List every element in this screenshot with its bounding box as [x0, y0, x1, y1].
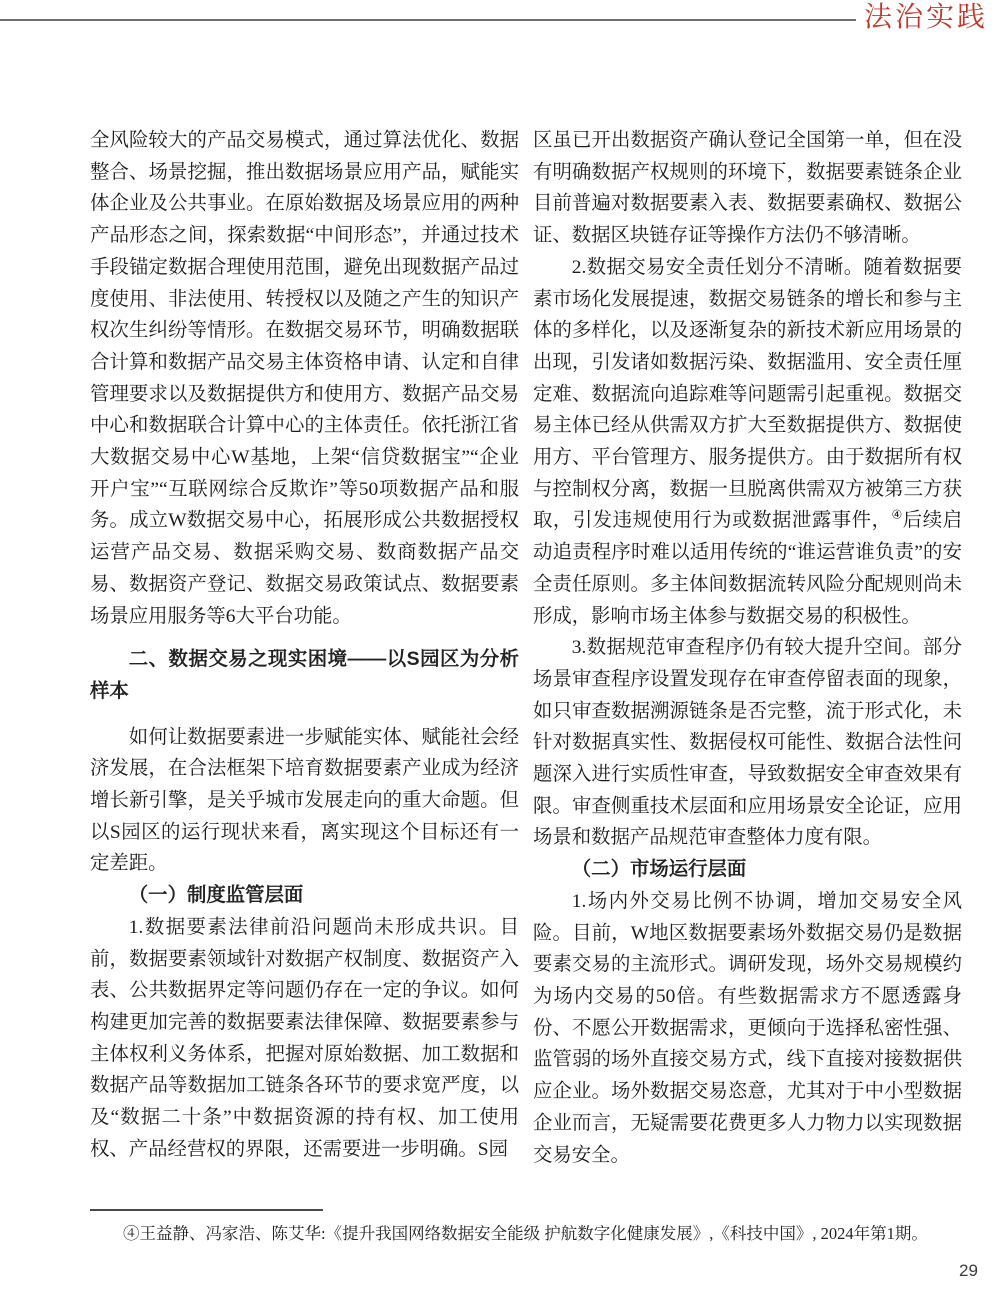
right-column: 区虽已开出数据资产确认登记全国第一单，但在没有明确数据产权规则的环境下，数据要素…	[533, 125, 962, 1171]
footnote-marker: ④	[123, 1224, 140, 1243]
subsection-heading: （一）制度监管层面	[90, 880, 519, 912]
footnote-text: 王益静、冯家浩、陈艾华:《提升我国网络数据安全能级 护航数字化健康发展》,《科技…	[140, 1224, 928, 1243]
section-header: 法治实践	[864, 0, 988, 34]
footnote: ④王益静、冯家浩、陈艾华:《提升我国网络数据安全能级 护航数字化健康发展》,《科…	[90, 1221, 965, 1247]
document-page: 法治实践 全风险较大的产品交易模式，通过算法优化、数据整合、场景挖掘，推出数据场…	[0, 0, 1000, 1298]
paragraph-text: 2.数据交易安全责任划分不清晰。随着数据要素市场化发展提速，数据交易链条的增长和…	[533, 257, 962, 532]
paragraph-continuation: 全风险较大的产品交易模式，通过算法优化、数据整合、场景挖掘，推出数据场景应用产品…	[90, 125, 519, 632]
page-number: 29	[959, 1261, 978, 1281]
subsection-heading: （二）市场运行层面	[533, 854, 962, 886]
paragraph-continuation: 区虽已开出数据资产确认登记全国第一单，但在没有明确数据产权规则的环境下，数据要素…	[533, 125, 962, 252]
paragraph: 如何让数据要素进一步赋能实体、赋能社会经济发展，在合法框架下培育数据要素产业成为…	[90, 722, 519, 881]
left-column: 全风险较大的产品交易模式，通过算法优化、数据整合、场景挖掘，推出数据场景应用产品…	[90, 125, 519, 1166]
paragraph: 1.数据要素法律前沿问题尚未形成共识。目前，数据要素领域针对数据产权制度、数据资…	[90, 912, 519, 1166]
footnote-divider	[90, 1209, 323, 1211]
paragraph: 3.数据规范审查程序仍有较大提升空间。部分场景审查程序设置发现存在审查停留表面的…	[533, 632, 962, 854]
footnote-reference-marker: ④	[892, 508, 903, 522]
header-divider	[0, 19, 856, 21]
paragraph: 1.场内外交易比例不协调，增加交易安全风险。目前，W地区数据要素场外数据交易仍是…	[533, 886, 962, 1171]
section-heading: 二、数据交易之现实困境——以S园区为分析样本	[90, 644, 519, 707]
paragraph: 2.数据交易安全责任划分不清晰。随着数据要素市场化发展提速，数据交易链条的增长和…	[533, 252, 962, 632]
